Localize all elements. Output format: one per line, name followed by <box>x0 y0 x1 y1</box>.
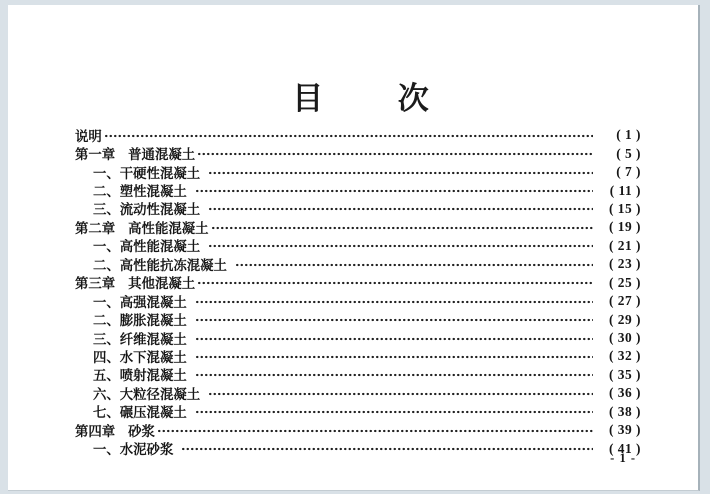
toc-entry: 第二章高性能混凝土( 19 ) <box>75 218 641 236</box>
toc-entry-label: 说明 <box>75 126 102 145</box>
toc-leader-dots <box>195 295 593 309</box>
toc-entry-label: 普通混凝土 <box>128 144 195 163</box>
table-of-contents: 说明( 1 )第一章普通混凝土( 5 )一、干硬性混凝土( 7 )二、塑性混凝土… <box>75 126 641 458</box>
toc-chapter-number: 第三章 <box>75 273 115 292</box>
toc-leader-dots <box>195 350 593 364</box>
toc-leader-dots <box>208 202 593 216</box>
toc-entry-label: 一、水泥砂浆 <box>93 439 173 458</box>
toc-leader-dots <box>195 405 593 419</box>
toc-entry-label: 二、膨胀混凝土 <box>93 310 187 329</box>
toc-leader-dots <box>195 184 593 198</box>
toc-entry-label: 高性能混凝土 <box>128 218 208 237</box>
toc-leader-dots <box>208 166 593 180</box>
toc-entry: 第四章砂浆( 39 ) <box>75 421 641 439</box>
toc-entry-page-number: ( 30 ) <box>596 330 641 346</box>
toc-leader-dots <box>195 313 593 327</box>
toc-entry-page-number: ( 11 ) <box>596 183 641 199</box>
scanned-page: 目 次 说明( 1 )第一章普通混凝土( 5 )一、干硬性混凝土( 7 )二、塑… <box>8 5 700 491</box>
toc-entry-label: 七、碾压混凝土 <box>93 402 187 421</box>
toc-entry-label: 一、干硬性混凝土 <box>93 163 200 182</box>
toc-entry-label: 三、纤维混凝土 <box>93 329 187 348</box>
toc-chapter-number: 第四章 <box>75 421 115 440</box>
toc-chapter-number: 第一章 <box>75 144 115 163</box>
toc-chapter-number: 第二章 <box>75 218 115 237</box>
toc-entry-label: 二、高性能抗冻混凝土 <box>93 255 227 274</box>
toc-leader-dots <box>235 258 593 272</box>
toc-entry-label: 一、高性能混凝土 <box>93 236 200 255</box>
toc-entry-page-number: ( 7 ) <box>596 164 641 180</box>
toc-entry: 一、干硬性混凝土( 7 ) <box>75 163 641 181</box>
toc-leader-dots <box>195 368 593 382</box>
toc-leader-dots <box>157 424 593 438</box>
toc-entry: 二、塑性混凝土( 11 ) <box>75 181 641 199</box>
page-title-char-right: 次 <box>398 81 430 116</box>
page-title-char-left: 目 <box>292 81 324 116</box>
toc-entry: 一、高性能混凝土( 21 ) <box>75 237 641 255</box>
page-title: 目 次 <box>8 73 698 118</box>
toc-entry-label: 二、塑性混凝土 <box>93 181 187 200</box>
page-number-footer: - 1 - <box>610 451 636 466</box>
toc-leader-dots <box>197 276 593 290</box>
toc-entry-page-number: ( 1 ) <box>596 127 641 143</box>
toc-leader-dots <box>197 147 593 161</box>
toc-leader-dots <box>208 387 593 401</box>
toc-leader-dots <box>211 221 593 235</box>
toc-entry-page-number: ( 15 ) <box>596 201 641 217</box>
toc-entry-page-number: ( 27 ) <box>596 293 641 309</box>
toc-leader-dots <box>195 332 593 346</box>
toc-entry: 二、膨胀混凝土( 29 ) <box>75 310 641 328</box>
toc-entry: 七、碾压混凝土( 38 ) <box>75 403 641 421</box>
toc-entry-page-number: ( 23 ) <box>596 256 641 272</box>
toc-entry: 说明( 1 ) <box>75 126 641 144</box>
toc-entry-page-number: ( 35 ) <box>596 367 641 383</box>
toc-entry-label: 砂浆 <box>128 421 155 440</box>
toc-entry-label: 四、水下混凝土 <box>93 347 187 366</box>
toc-leader-dots <box>208 239 593 253</box>
toc-entry: 五、喷射混凝土( 35 ) <box>75 366 641 384</box>
toc-entry: 四、水下混凝土( 32 ) <box>75 347 641 365</box>
toc-entry-label: 其他混凝土 <box>128 273 195 292</box>
toc-entry-page-number: ( 21 ) <box>596 238 641 254</box>
toc-entry-page-number: ( 25 ) <box>596 275 641 291</box>
toc-entry-page-number: ( 32 ) <box>596 348 641 364</box>
toc-entry: 二、高性能抗冻混凝土( 23 ) <box>75 255 641 273</box>
toc-entry-page-number: ( 39 ) <box>596 422 641 438</box>
toc-entry-label: 三、流动性混凝土 <box>93 199 200 218</box>
toc-leader-dots <box>104 129 593 143</box>
toc-entry-page-number: ( 5 ) <box>596 146 641 162</box>
toc-entry-label: 六、大粒径混凝土 <box>93 384 200 403</box>
toc-entry-page-number: ( 19 ) <box>596 219 641 235</box>
toc-entry: 三、纤维混凝土( 30 ) <box>75 329 641 347</box>
toc-entry: 三、流动性混凝土( 15 ) <box>75 200 641 218</box>
toc-entry: 第一章普通混凝土( 5 ) <box>75 144 641 162</box>
toc-entry: 第三章其他混凝土( 25 ) <box>75 274 641 292</box>
toc-entry-page-number: ( 29 ) <box>596 312 641 328</box>
toc-leader-dots <box>181 442 593 456</box>
toc-entry: 六、大粒径混凝土( 36 ) <box>75 384 641 402</box>
toc-entry-page-number: ( 38 ) <box>596 404 641 420</box>
toc-entry: 一、水泥砂浆( 41 ) <box>75 439 641 457</box>
toc-entry-label: 五、喷射混凝土 <box>93 365 187 384</box>
toc-entry-page-number: ( 36 ) <box>596 385 641 401</box>
toc-entry: 一、高强混凝土( 27 ) <box>75 292 641 310</box>
toc-entry-label: 一、高强混凝土 <box>93 292 187 311</box>
